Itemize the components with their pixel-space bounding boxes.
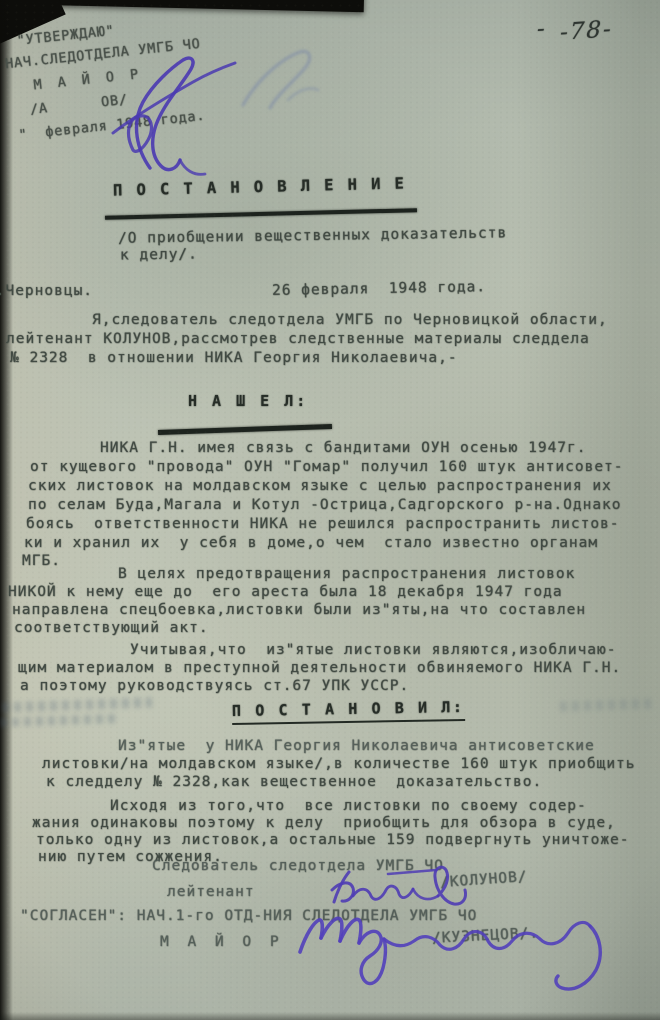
subtitle-line: /О приобщении вещественных доказательств — [118, 225, 507, 246]
body-line: ских листовок на молдавском языке с цель… — [28, 478, 612, 494]
body-line: МГБ. — [22, 553, 61, 569]
page-number-dash: - — [537, 16, 548, 43]
chief-signature — [95, 38, 245, 183]
body-line: направлена спецбоевка,листовки были из"я… — [12, 602, 586, 618]
body-line: НИКА Г.Н. имея связь с бандитами ОУН осе… — [100, 440, 587, 456]
body-line: соответствующий акт. — [14, 620, 209, 636]
resolved-heading: П О С Т А Н О В И Л: — [232, 698, 465, 725]
intro-line: № 2328 в отношении НИКА Георгия Николаев… — [10, 350, 458, 366]
intro-line: Я,следователь следотдела УМГБ по Чернови… — [92, 312, 608, 328]
body-line: только одну из листовок,а остальные 159 … — [36, 832, 630, 848]
body-line: а поэтому руководствуясь ст.67 УПК УССР. — [20, 678, 409, 694]
body-line: В целях предотвращения распространения л… — [118, 566, 575, 582]
title-underline — [105, 208, 417, 219]
intro-line: лейтенант КОЛУНОВ,рассмотрев следственны… — [6, 331, 590, 347]
bleed-through-mark — [0, 714, 120, 727]
body-line: по селам Буда,Магала и Котул -Острица,Са… — [28, 497, 622, 513]
place-line: г.Черновцы. — [0, 283, 93, 299]
page-number: -78- — [560, 16, 614, 46]
found-heading-underline — [158, 424, 332, 435]
subtitle-line: к делу/. — [120, 246, 198, 263]
body-line: щим материалом в преступной деятельности… — [18, 660, 621, 676]
body-line: боясь ответственности НИКА не решился ра… — [26, 516, 620, 532]
date-line: 26 февраля 1948 года. — [272, 279, 486, 299]
body-line: Из"ятые у НИКА Георгия Николаевича антис… — [118, 738, 595, 754]
investigator-rank-line: лейтенант — [167, 884, 255, 900]
body-line: листовки/на молдавском языке/,в количест… — [42, 756, 636, 772]
body-line: от кущевого "провода" ОУН "Гомар" получи… — [30, 459, 624, 475]
scanned-document-page: - -78- "УТВЕРЖДАЮ" НАЧ.СЛЕДОТДЕЛА УМГБ Ч… — [0, 0, 660, 1020]
body-line: Учитывая,что из"ятые листовки являются,и… — [130, 642, 617, 658]
body-line: к следделу № 2328,как вещественное доказ… — [46, 774, 542, 790]
body-line: жания одинаковы поэтому к делу приобщить… — [32, 815, 616, 831]
body-line: НИКОЙ к нему еще до его ареста была 18 д… — [8, 584, 563, 600]
body-line: ки и хранил их у себя в доме,о чем стало… — [24, 535, 598, 551]
bleed-through-mark — [560, 698, 655, 711]
body-line: Исходя из того,что все листовки по своем… — [110, 798, 587, 814]
approver-signature — [278, 900, 628, 1005]
approver-rank-line: М А Й О Р — [160, 934, 284, 950]
photo-left-edge — [0, 0, 13, 1020]
bleed-through-mark — [2, 697, 152, 712]
photo-bottom-edge — [0, 1012, 660, 1020]
found-heading: Н А Ш Е Л: — [188, 392, 308, 410]
